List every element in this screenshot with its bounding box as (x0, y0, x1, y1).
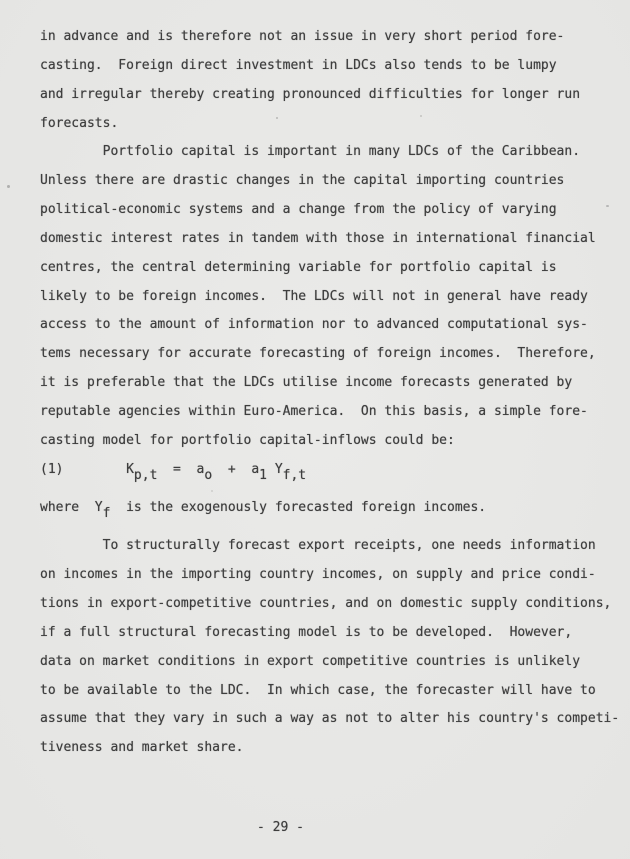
text-line: centres, the central determining variabl… (40, 254, 624, 283)
text-line: forecasts. (40, 110, 624, 139)
text-line: tiveness and market share. (40, 734, 624, 763)
text-segment: in advance and is therefore not an issue… (40, 29, 564, 44)
text-segment: casting model for portfolio capital-infl… (40, 433, 455, 448)
text-line: in advance and is therefore not an issue… (40, 23, 624, 52)
text-line: casting model for portfolio capital-infl… (40, 427, 624, 456)
text-segment: tions in export-competitive countries, a… (40, 596, 611, 611)
text-segment: access to the amount of information nor … (40, 317, 588, 332)
equation-note: where Yf is the exogenously forecasted f… (40, 494, 624, 523)
scan-speckle (420, 115, 422, 117)
text-segment: tems necessary for accurate forecasting … (40, 346, 596, 361)
text-line: Portfolio capital is important in many L… (40, 138, 624, 167)
text-segment: Unless there are drastic changes in the … (40, 173, 564, 188)
text-segment: it is preferable that the LDCs utilise i… (40, 375, 572, 390)
text-segment: + a (212, 462, 259, 477)
text-line: it is preferable that the LDCs utilise i… (40, 369, 624, 398)
text-segment: if a full structural forecasting model i… (40, 625, 572, 640)
text-segment: To structurally forecast export receipts… (40, 538, 596, 553)
text-line: to be available to the LDC. In which cas… (40, 677, 624, 706)
text-segment: data on market conditions in export comp… (40, 654, 580, 669)
text-line: To structurally forecast export receipts… (40, 532, 624, 561)
text-segment: assume that they vary in such a way as n… (40, 711, 619, 726)
text-line: tems necessary for accurate forecasting … (40, 340, 624, 369)
subscript: f,t (283, 468, 306, 483)
text-line: tions in export-competitive countries, a… (40, 590, 624, 619)
text-segment: casting. Foreign direct investment in LD… (40, 58, 557, 73)
text-segment: likely to be foreign incomes. The LDCs w… (40, 289, 588, 304)
text-line: access to the amount of information nor … (40, 311, 624, 340)
text-segment: (1) K (40, 462, 134, 477)
text-line: likely to be foreign incomes. The LDCs w… (40, 283, 624, 312)
subscript: p,t (134, 468, 157, 483)
text-line: political-economic systems and a change … (40, 196, 624, 225)
text-line: data on market conditions in export comp… (40, 648, 624, 677)
text-segment: forecasts. (40, 116, 118, 131)
scan-speckle (276, 117, 278, 119)
text-segment: tiveness and market share. (40, 740, 244, 755)
text-line: if a full structural forecasting model i… (40, 619, 624, 648)
text-segment: Portfolio capital is important in many L… (40, 144, 580, 159)
text-segment: Y (267, 462, 283, 477)
text-line: reputable agencies within Euro-America. … (40, 398, 624, 427)
scan-speckle (7, 185, 10, 188)
text-segment: centres, the central determining variabl… (40, 260, 557, 275)
subscript: f (103, 506, 111, 521)
text-segment: on incomes in the importing country inco… (40, 567, 596, 582)
text-line: Unless there are drastic changes in the … (40, 167, 624, 196)
document-text: in advance and is therefore not an issue… (40, 23, 624, 763)
scan-speckle (606, 205, 609, 207)
equation-1: (1) Kp,t = ao + a1 Yf,t (40, 456, 624, 485)
text-line: on incomes in the importing country inco… (40, 561, 624, 590)
text-segment: = a (157, 462, 204, 477)
text-segment: where Y (40, 500, 103, 515)
text-segment: and irregular thereby creating pronounce… (40, 87, 580, 102)
text-line: domestic interest rates in tandem with t… (40, 225, 624, 254)
text-line: casting. Foreign direct investment in LD… (40, 52, 624, 81)
text-segment: political-economic systems and a change … (40, 202, 557, 217)
subscript: o (204, 468, 212, 483)
subscript: 1 (259, 468, 267, 483)
scan-speckle (211, 490, 213, 492)
text-segment: domestic interest rates in tandem with t… (40, 231, 596, 246)
document-page: in advance and is therefore not an issue… (0, 0, 630, 859)
text-line: assume that they vary in such a way as n… (40, 705, 624, 734)
page-number: - 29 - (257, 820, 304, 836)
text-line: and irregular thereby creating pronounce… (40, 81, 624, 110)
text-segment: is the exogenously forecasted foreign in… (110, 500, 486, 515)
text-segment: reputable agencies within Euro-America. … (40, 404, 588, 419)
text-segment: to be available to the LDC. In which cas… (40, 683, 596, 698)
